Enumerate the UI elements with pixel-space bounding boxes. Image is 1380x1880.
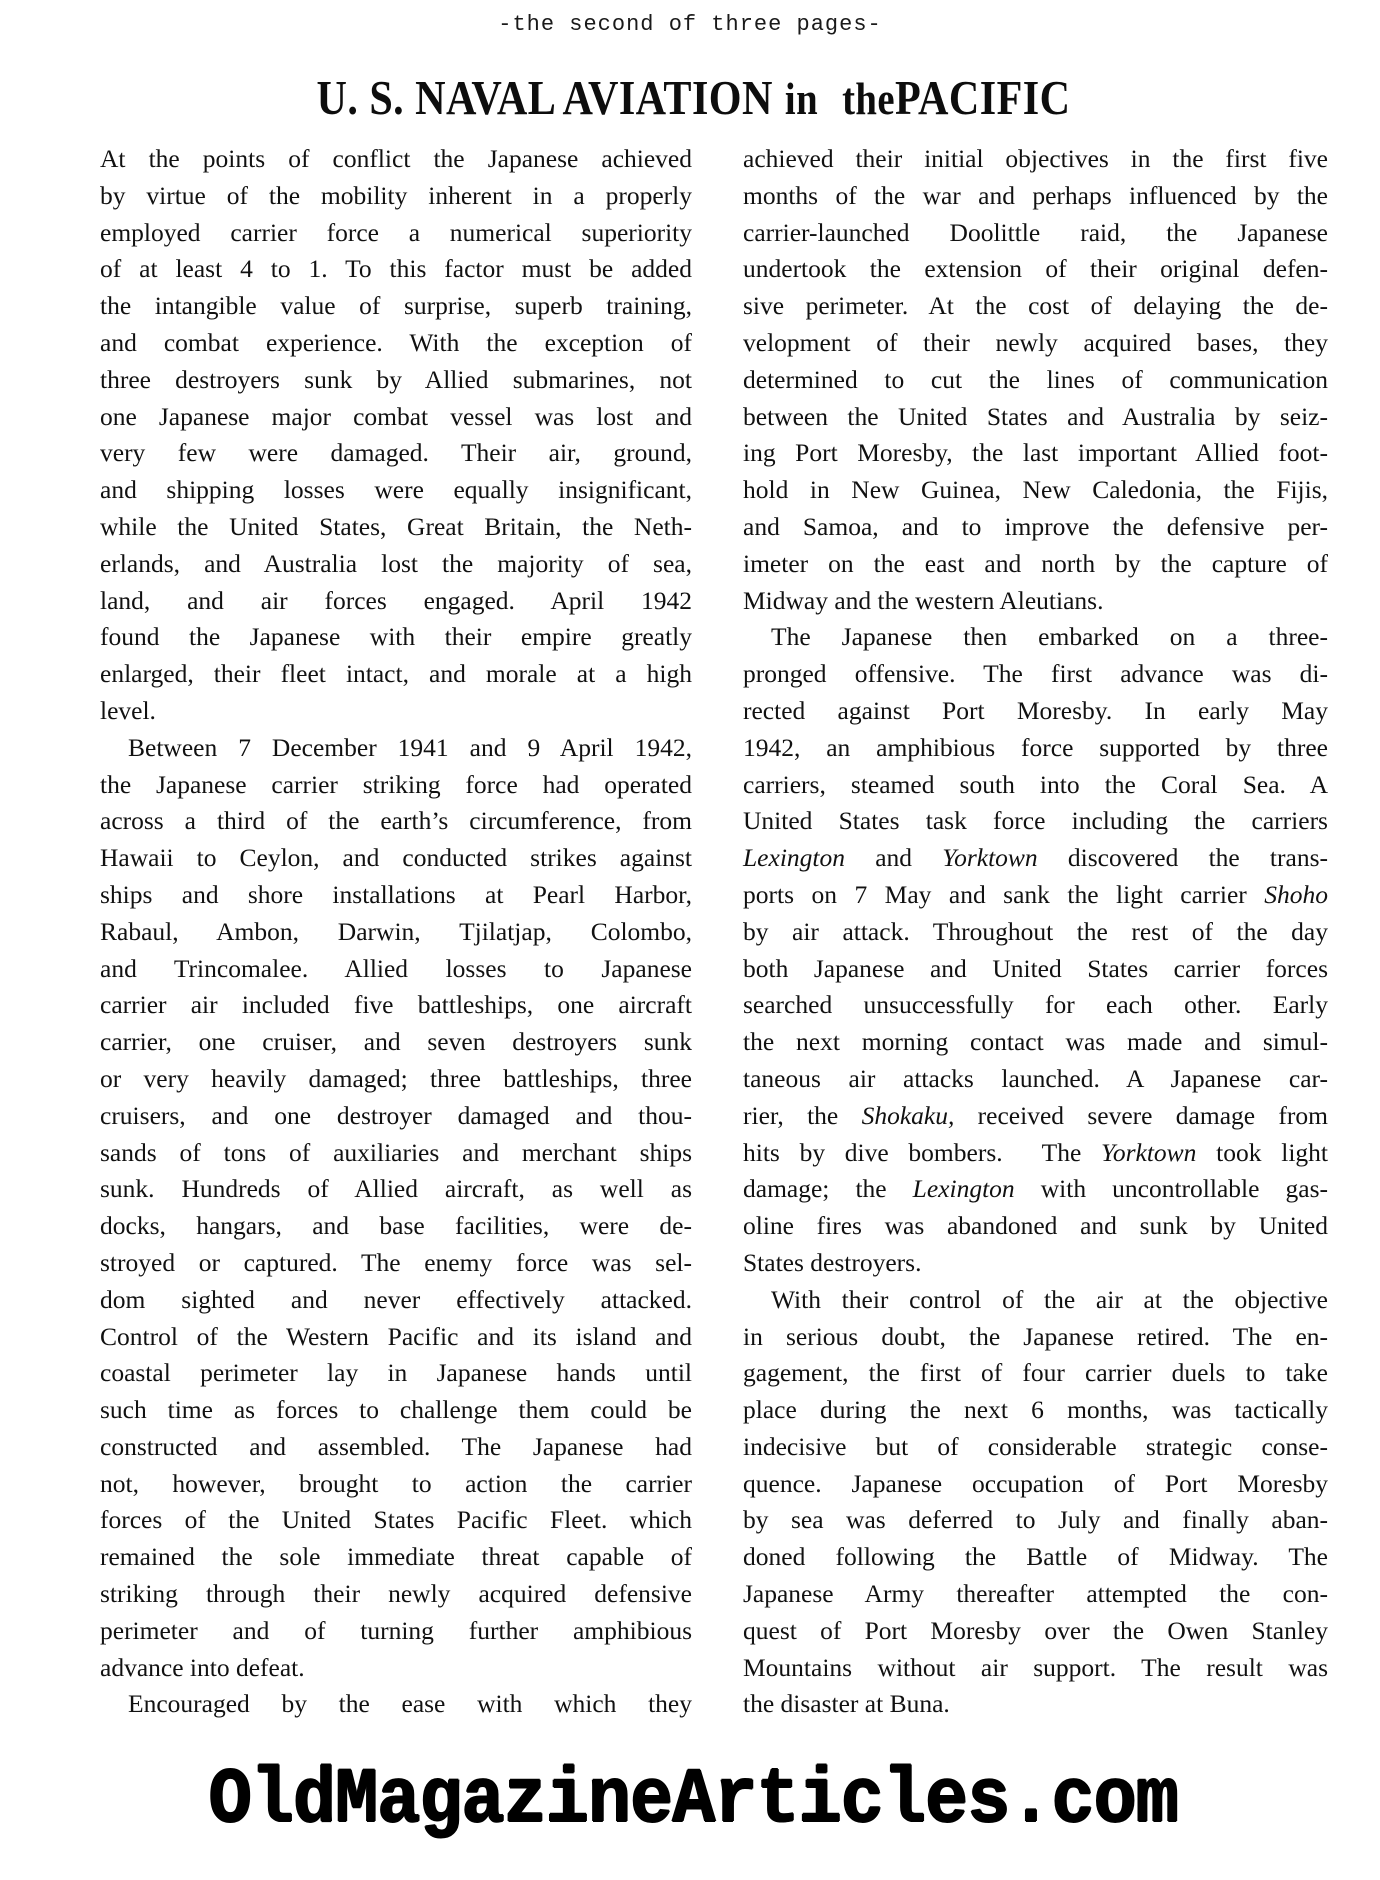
- title-pacific: PACIFIC: [895, 70, 1070, 125]
- text-line: forces of the United States Pacific Flee…: [100, 1502, 692, 1539]
- text-line: taneous air attacks launched. A Japanese…: [743, 1061, 1328, 1098]
- text-line: gagement, the first of four carrier duel…: [743, 1355, 1328, 1392]
- text-line: Midway and the western Aleutians.: [743, 583, 1328, 620]
- site-watermark: OldMagazineArticles.com: [59, 1756, 1329, 1846]
- text-segment: ports on 7 May and sank the light carrie…: [743, 880, 1264, 909]
- text-line: enlarged, their fleet intact, and morale…: [100, 656, 692, 693]
- text-line: stroyed or captured. The enemy force was…: [100, 1245, 692, 1282]
- title-in: in: [785, 74, 818, 124]
- text-line: searched unsuccessfully for each other. …: [743, 987, 1328, 1024]
- text-line: the Japanese carrier striking force had …: [100, 767, 692, 804]
- text-line: ports on 7 May and sank the light carrie…: [743, 877, 1328, 914]
- text-line: determined to cut the lines of communica…: [743, 362, 1328, 399]
- text-line: and combat experience. With the exceptio…: [100, 325, 692, 362]
- text-line: The Japanese then embarked on a three-: [743, 619, 1328, 656]
- text-segment: hits by dive bombers. The: [743, 1138, 1101, 1167]
- text-segment: took light: [1196, 1138, 1328, 1167]
- text-line: hold in New Guinea, New Caledonia, the F…: [743, 472, 1328, 509]
- text-segment: and: [845, 843, 942, 872]
- text-line: 1942, an amphibious force supported by t…: [743, 730, 1328, 767]
- text-line: sands of tons of auxiliaries and merchan…: [100, 1135, 692, 1172]
- text-line: the intangible value of surprise, superb…: [100, 288, 692, 325]
- text-line: indecisive but of considerable strategic…: [743, 1429, 1328, 1466]
- text-line: docks, hangars, and base facilities, wer…: [100, 1208, 692, 1245]
- text-line: Rabaul, Ambon, Darwin, Tjilatjap, Colomb…: [100, 914, 692, 951]
- page-indicator: -the second of three pages-: [0, 12, 1380, 37]
- text-line: constructed and assembled. The Japanese …: [100, 1429, 692, 1466]
- text-line: in serious doubt, the Japanese retired. …: [743, 1319, 1328, 1356]
- text-line: velopment of their newly acquired bases,…: [743, 325, 1328, 362]
- ship-name: Yorktown: [1101, 1138, 1196, 1167]
- text-line: Encouraged by the ease with which they: [100, 1686, 692, 1723]
- text-line: oline fires was abandoned and sunk by Un…: [743, 1208, 1328, 1245]
- text-line: dom sighted and never effectively attack…: [100, 1282, 692, 1319]
- text-line: Japanese Army thereafter attempted the c…: [743, 1576, 1328, 1613]
- text-line: With their control of the air at the obj…: [743, 1282, 1328, 1319]
- text-line: and Trincomalee. Allied losses to Japane…: [100, 951, 692, 988]
- ship-name: Shokaku,: [862, 1101, 955, 1130]
- text-line: Mountains without air support. The resul…: [743, 1650, 1328, 1687]
- text-line: both Japanese and United States carrier …: [743, 951, 1328, 988]
- text-line: while the United States, Great Britain, …: [100, 509, 692, 546]
- text-line: erlands, and Australia lost the majority…: [100, 546, 692, 583]
- text-line: between the United States and Australia …: [743, 399, 1328, 436]
- article-column-right: achieved their initial objectives in the…: [743, 141, 1328, 1723]
- article-column-left: At the points of conflict the Japanese a…: [100, 141, 692, 1723]
- text-line: across a third of the earth’s circumfere…: [100, 803, 692, 840]
- ship-name: Yorktown: [942, 843, 1037, 872]
- text-line: Between 7 December 1941 and 9 April 1942…: [100, 730, 692, 767]
- text-line: ships and shore installations at Pearl H…: [100, 877, 692, 914]
- text-line: At the points of conflict the Japanese a…: [100, 141, 692, 178]
- text-line: level.: [100, 693, 692, 730]
- ship-name: Lexington: [913, 1174, 1015, 1203]
- text-segment: damage; the: [743, 1174, 913, 1203]
- text-line: quest of Port Moresby over the Owen Stan…: [743, 1613, 1328, 1650]
- text-line: doned following the Battle of Midway. Th…: [743, 1539, 1328, 1576]
- text-line: carriers, steamed south into the Coral S…: [743, 767, 1328, 804]
- text-line: perimeter and of turning further amphibi…: [100, 1613, 692, 1650]
- title-main: U. S. NAVAL AVIATION: [317, 70, 773, 125]
- text-line: the disaster at Buna.: [743, 1686, 1328, 1723]
- text-line: remained the sole immediate threat capab…: [100, 1539, 692, 1576]
- text-line: carrier-launched Doolittle raid, the Jap…: [743, 215, 1328, 252]
- text-line: advance into defeat.: [100, 1650, 692, 1687]
- text-line: very few were damaged. Their air, ground…: [100, 435, 692, 472]
- title-the: the: [842, 74, 895, 124]
- ship-name: Shoho: [1264, 880, 1328, 909]
- article-title: U. S. NAVAL AVIATIONinthePACIFIC: [100, 70, 1287, 127]
- text-line: by virtue of the mobility inherent in a …: [100, 178, 692, 215]
- text-line: three destroyers sunk by Allied submarin…: [100, 362, 692, 399]
- text-segment: with uncontrollable gas-: [1015, 1174, 1328, 1203]
- text-line: land, and air forces engaged. April 1942: [100, 583, 692, 620]
- text-line: place during the next 6 months, was tact…: [743, 1392, 1328, 1429]
- text-line: Lexington and Yorktown discovered the tr…: [743, 840, 1328, 877]
- text-line: such time as forces to challenge them co…: [100, 1392, 692, 1429]
- text-line: one Japanese major combat vessel was los…: [100, 399, 692, 436]
- text-line: employed carrier force a numerical super…: [100, 215, 692, 252]
- text-line: quence. Japanese occupation of Port More…: [743, 1466, 1328, 1503]
- text-line: rected against Port Moresby. In early Ma…: [743, 693, 1328, 730]
- text-line: sunk. Hundreds of Allied aircraft, as we…: [100, 1171, 692, 1208]
- text-line: and Samoa, and to improve the defensive …: [743, 509, 1328, 546]
- text-line: pronged offensive. The first advance was…: [743, 656, 1328, 693]
- text-line: coastal perimeter lay in Japanese hands …: [100, 1355, 692, 1392]
- text-line: carrier air included five battleships, o…: [100, 987, 692, 1024]
- text-line: undertook the extension of their origina…: [743, 251, 1328, 288]
- text-line: imeter on the east and north by the capt…: [743, 546, 1328, 583]
- text-line: by air attack. Throughout the rest of th…: [743, 914, 1328, 951]
- text-segment: received severe damage from: [954, 1101, 1328, 1130]
- text-segment: discovered the trans-: [1038, 843, 1328, 872]
- text-line: by sea was deferred to July and finally …: [743, 1502, 1328, 1539]
- text-line: the next morning contact was made and si…: [743, 1024, 1328, 1061]
- text-line: and shipping losses were equally insigni…: [100, 472, 692, 509]
- text-line: months of the war and perhaps influenced…: [743, 178, 1328, 215]
- text-line: Hawaii to Ceylon, and conducted strikes …: [100, 840, 692, 877]
- text-line: ing Port Moresby, the last important All…: [743, 435, 1328, 472]
- text-line: carrier, one cruiser, and seven destroye…: [100, 1024, 692, 1061]
- text-segment: rier, the: [743, 1101, 862, 1130]
- text-line: Control of the Western Pacific and its i…: [100, 1319, 692, 1356]
- text-line: achieved their initial objectives in the…: [743, 141, 1328, 178]
- text-line: not, however, brought to action the carr…: [100, 1466, 692, 1503]
- text-line: damage; the Lexington with uncontrollabl…: [743, 1171, 1328, 1208]
- text-line: striking through their newly acquired de…: [100, 1576, 692, 1613]
- text-line: hits by dive bombers. The Yorktown took …: [743, 1135, 1328, 1172]
- text-line: States destroyers.: [743, 1245, 1328, 1282]
- ship-name: Lexington: [743, 843, 845, 872]
- text-line: cruisers, and one destroyer damaged and …: [100, 1098, 692, 1135]
- text-line: or very heavily damaged; three battleshi…: [100, 1061, 692, 1098]
- text-line: of at least 4 to 1. To this factor must …: [100, 251, 692, 288]
- text-line: sive perimeter. At the cost of delaying …: [743, 288, 1328, 325]
- text-line: found the Japanese with their empire gre…: [100, 619, 692, 656]
- text-line: United States task force including the c…: [743, 803, 1328, 840]
- text-line: rier, the Shokaku, received severe damag…: [743, 1098, 1328, 1135]
